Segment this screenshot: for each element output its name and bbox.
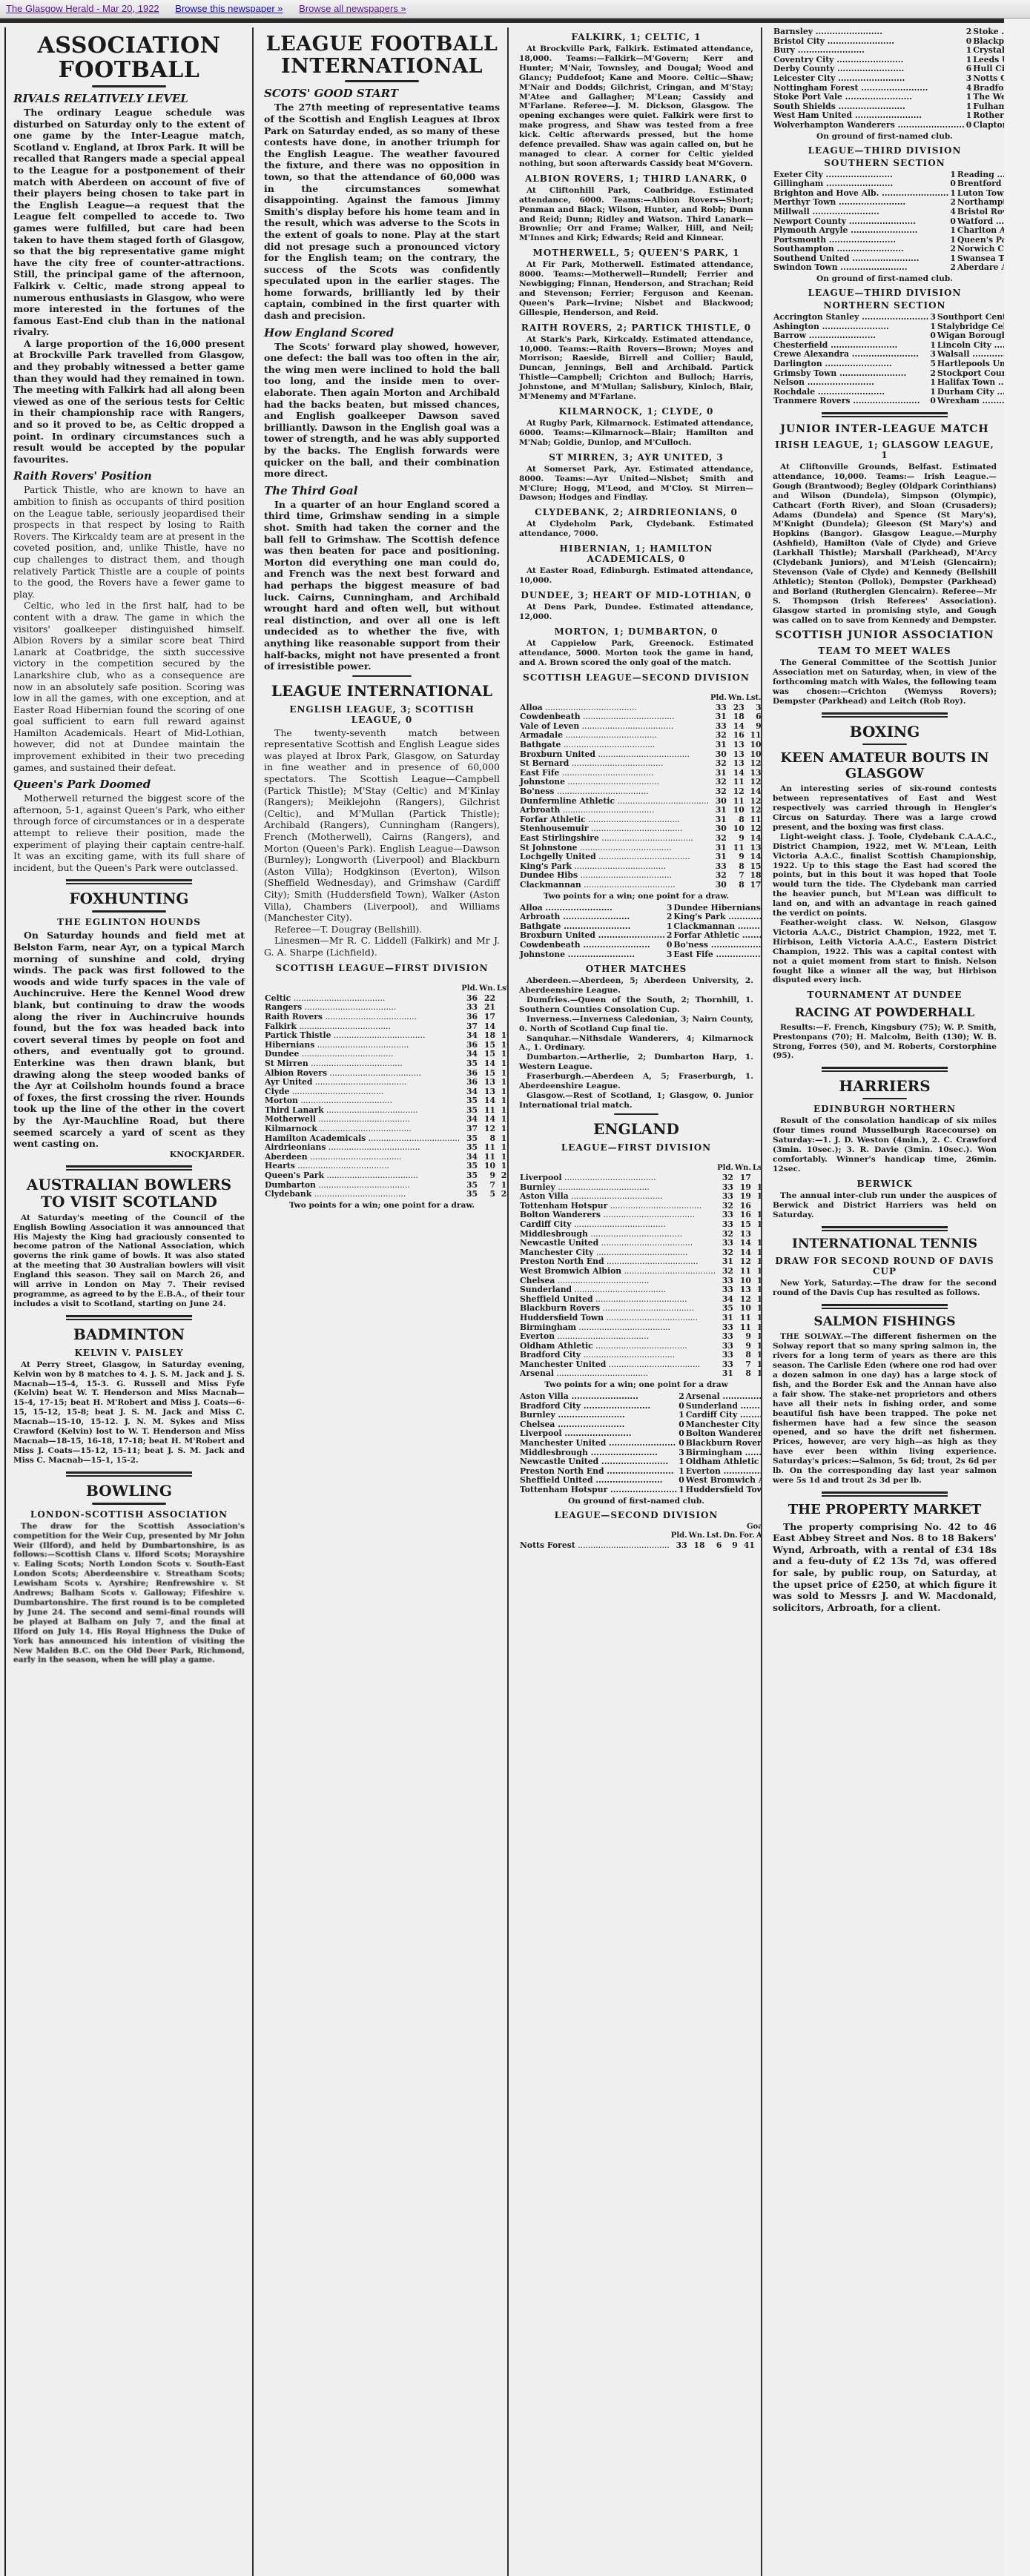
table-row: Partick Thistle3418106503842	[264, 1031, 509, 1041]
match-report: At Rugby Park, Kilmarnock. Estimated att…	[519, 419, 753, 448]
result-row: Millwall ........................4Bristo…	[773, 208, 1004, 217]
table-row: Raith Rovers3617712633746	[264, 1013, 509, 1022]
subheading-third-goal: The Third Goal	[264, 484, 500, 497]
subheading-junior-score: IRISH LEAGUE, 1; GLASGOW LEAGUE, 1	[773, 440, 997, 460]
short-rule	[352, 675, 412, 677]
table-row: Lochgelly United319148384626	[519, 852, 762, 862]
subheading-queens-park: Queen's Park Doomed	[13, 778, 245, 791]
result-row: Wolverhampton Wanderers ................…	[773, 121, 1004, 130]
table-footnote: Two points for a win; one point for a dr…	[519, 892, 753, 901]
heading-keen-amateur-bouts: KEEN AMATEUR BOUTS IN GLASGOW	[773, 751, 997, 781]
match-title: ALBION ROVERS, 1; THIRD LANARK, 0	[519, 173, 753, 184]
match-title: DUNDEE, 3; HEART OF MID-LOTHIAN, 0	[519, 590, 753, 600]
result-row: Alloa ........................3Dundee Hi…	[519, 904, 762, 913]
result-row: Grimsby Town ........................2St…	[773, 369, 1004, 379]
other-match-line: Dumbarton.—Artherlie, 2; Dumbarton Harp,…	[519, 1053, 753, 1072]
result-row: Middlesbrough ........................3B…	[519, 1448, 762, 1458]
result-row: Preston North End ......................…	[519, 1467, 762, 1477]
heading-league-international: LEAGUE INTERNATIONAL	[264, 683, 500, 700]
heading-racing-powderhall: RACING AT POWDERHALL	[773, 1006, 997, 1019]
result-row: Tottenham Hotspur ......................…	[519, 1486, 762, 1495]
table-row: Clackmannan308175295121	[519, 881, 762, 890]
result-row: West Ham United ........................…	[773, 111, 1004, 121]
column-association-football: ASSOCIATION FOOTBALL RIVALS RELATIVELY L…	[4, 27, 254, 2576]
article-paragraph: In a quarter of an hour England scored a…	[264, 499, 500, 672]
table-row: Liverpool3217312482246	[519, 1173, 762, 1183]
article-paragraph: Feather-weight class. W. Nelson, Glasgow…	[773, 918, 997, 985]
table-row: Notts Forest331869412345	[519, 1541, 762, 1551]
double-rule	[66, 1471, 192, 1477]
other-match-line: Inverness.—Inverness Caledonian, 3; Nair…	[519, 1015, 753, 1034]
results-english-first-division: Aston Villa ........................2Ars…	[519, 1392, 762, 1495]
ground-note: On ground of first-named club.	[519, 1497, 753, 1506]
column-header: Lst.	[745, 694, 762, 703]
result-row: Tranmere Rovers ........................…	[773, 397, 1004, 406]
article-paragraph: On Saturday hounds and field met at Bels…	[13, 930, 245, 1149]
double-rule	[66, 1315, 192, 1320]
result-row: Liverpool ........................0Bolto…	[519, 1429, 762, 1439]
article-paragraph: Partick Thistle, who are known to have a…	[13, 484, 245, 600]
match-report: At Cliftonhill Park, Coatbridge. Estimat…	[519, 186, 753, 243]
heading-foxhunting: FOXHUNTING	[13, 890, 245, 907]
article-paragraph: Result of the consolation handicap of si…	[773, 1116, 997, 1173]
match-title: MORTON, 1; DUMBARTON, 0	[519, 626, 753, 637]
result-row: Exeter City ........................1Rea…	[773, 170, 1004, 180]
heading-harriers: HARRIERS	[773, 1078, 997, 1095]
subheading-team-wales: TEAM TO MEET WALES	[773, 646, 997, 656]
table-row: Morton3514156505634	[264, 1096, 509, 1106]
result-row: Southampton ........................2Nor…	[773, 245, 1004, 254]
result-row: Chesterfield ........................1Li…	[773, 341, 1004, 351]
other-match-line: Glasgow.—Rest of Scotland, 1; Glasgow, 0…	[519, 1091, 753, 1110]
table-row: Airdrieonians3511168424930	[264, 1143, 509, 1153]
heading-international-tennis: INTERNATIONAL TENNIS	[773, 1237, 997, 1252]
table-row: Everton3391410444428	[519, 1332, 762, 1342]
result-row: Chelsea ........................0Manches…	[519, 1420, 762, 1430]
results-scottish-second-division: Alloa ........................3Dundee Hi…	[519, 904, 762, 960]
column-header: Agst.	[756, 1532, 762, 1541]
table-title-english-second-division: LEAGUE—Second Division	[519, 1510, 753, 1520]
double-rule	[822, 1304, 948, 1309]
article-paragraph: Light-weight class. J. Toole, Clydebank …	[773, 832, 997, 918]
result-row: Crewe Alexandra ........................…	[773, 350, 1004, 360]
subheading-london-scottish: LONDON-SCOTTISH ASSOCIATION	[13, 1509, 245, 1520]
match-title: CLYDEBANK, 2; AIRDRIEONIANS, 0	[519, 507, 753, 517]
article-paragraph: The twenty-seventh match between represe…	[264, 727, 500, 924]
subheading-kelvin-paisley: KELVIN v. PAISLEY	[13, 1348, 245, 1358]
short-rule	[862, 1098, 907, 1099]
ornament-rule	[92, 85, 166, 87]
result-row: Southend United ........................…	[773, 254, 1004, 264]
article-paragraph: Results:—F. French, Kingsbury (75); W. P…	[773, 1023, 997, 1062]
match-report: At Easter Road, Edinburgh. Estimated att…	[519, 566, 753, 586]
result-row: Nottingham Forest ......................…	[773, 84, 1004, 93]
subheading-davis-cup: DRAW FOR SECOND ROUND OF DAVIS CUP	[773, 1256, 997, 1277]
result-row: Burnley ........................1Cardiff…	[519, 1411, 762, 1420]
table-row: St Bernard3213127403633	[519, 759, 762, 769]
double-rule	[822, 712, 948, 718]
southern-section-title: SOUTHERN SECTION	[773, 158, 997, 168]
column-header: Lst.	[752, 1164, 762, 1173]
column-header: Dn.	[722, 1532, 738, 1541]
short-rule	[614, 1113, 658, 1115]
ornament-rule	[92, 910, 166, 913]
heading-boxing: BOXING	[773, 724, 997, 741]
column-header: Lst.	[496, 984, 509, 994]
table-row: Bo'ness3212146464530	[519, 787, 762, 797]
heading-junior-inter-league: JUNIOR INTER-LEAGUE MATCH	[773, 423, 997, 435]
league-table-english-first-division: GoalsPld.Wn.Lst.Dn.For.Agst.Pts.Liverpoo…	[519, 1155, 762, 1379]
result-row: South Shields ........................1F…	[773, 102, 1004, 112]
table-row: Newcastle United3314118453736	[519, 1239, 762, 1248]
table-row: Bradford City338169376125	[519, 1351, 762, 1360]
table-row: Sunderland3313155475131	[519, 1285, 762, 1295]
page-margin	[1004, 19, 1030, 2576]
heading-australian-bowlers: AUSTRALIAN BOWLERS TO VISIT SCOTLAND	[13, 1176, 245, 1211]
column-header: For.	[739, 1532, 756, 1541]
subheading-score: ENGLISH LEAGUE, 3; SCOTTISH LEAGUE, 0	[264, 704, 500, 725]
league-table-scottish-first-division: GoalsPld.Wn.Lst.Dn.For.Agst.Pts.Celtic36…	[264, 976, 509, 1199]
column-header: Wn.	[478, 984, 496, 994]
result-row: Plymouth Argyle ........................…	[773, 226, 1004, 236]
table-title-third-division-north: LEAGUE—Third Division	[773, 288, 997, 298]
match-report: At Clydeholm Park, Clydebank. Estimated …	[519, 520, 753, 539]
column-header: Pld.	[460, 984, 478, 994]
result-row: Bathgate ........................1Clackm…	[519, 922, 762, 932]
table-title-scottish-first-division: SCOTTISH LEAGUE—FIRST DIVISION	[264, 963, 500, 973]
results-third-division-southern: Exeter City ........................1Rea…	[773, 170, 1004, 274]
column-header: Pld.	[670, 1532, 688, 1541]
heading-tournament-dundee: TOURNAMENT AT DUNDEE	[773, 990, 997, 1000]
article-paragraph: Celtic, who led in the first half, had t…	[13, 600, 245, 773]
subheading-rivals-level: RIVALS RELATIVELY LEVEL	[13, 92, 245, 105]
result-row: Bristol City ........................0Bl…	[773, 37, 1004, 47]
result-row: Newcastle United .......................…	[519, 1457, 762, 1467]
table-footnote: Two points for a win; one point for a dr…	[264, 1201, 500, 1210]
other-match-line: Dumfries.—Queen of the South, 2; Thornhi…	[519, 996, 753, 1015]
table-row: Arsenal318185284521	[519, 1369, 762, 1379]
article-paragraph: At Perry Street, Glasgow, in Saturday ev…	[13, 1360, 245, 1466]
column-league-international: LEAGUE FOOTBALL INTERNATIONAL SCOTS' GOO…	[257, 27, 509, 2576]
table-row: Cowdenbeath311867522143	[519, 712, 762, 722]
match-title: FALKIRK, 1; CELTIC, 1	[519, 32, 753, 42]
signoff: KNOCKJARDER.	[13, 1150, 245, 1159]
match-title: KILMARNOCK, 1; CLYDE, 0	[519, 406, 753, 417]
article-paragraph: Motherwell returned the biggest score of…	[13, 792, 245, 873]
short-rule	[862, 744, 907, 745]
browse-all-newspapers-link[interactable]: Browse all newspapers »	[299, 3, 406, 14]
league-table-scottish-second-division: GoalsPld.Wn.Lst.Dn.For.Agst.Pts.Alloa332…	[519, 685, 762, 890]
double-rule	[822, 412, 948, 417]
other-matches-list: Aberdeen.—Aberdeen, 5; Aberdeen Universi…	[519, 976, 753, 1110]
article-paragraph: THE SOLWAY.—The different fishermen on t…	[773, 1332, 997, 1486]
table-row: Arbroath3110129353529	[519, 806, 762, 815]
result-row: Barnsley ........................2Stoke …	[773, 27, 1004, 37]
other-match-line: Sanquhar.—Nithsdale Wanderers, 4; Kilmar…	[519, 1034, 753, 1053]
other-matches-title: OTHER MATCHES	[519, 964, 753, 974]
column-header: Wn.	[727, 694, 745, 703]
table-row: Cardiff City3315117474037	[519, 1220, 762, 1230]
result-row: Johnstone ........................3East …	[519, 950, 762, 960]
table-row: Bathgate3113108463734	[519, 741, 762, 750]
table-title-scottish-second-division: SCOTTISH LEAGUE—SECOND DIVISION	[519, 672, 753, 683]
column-match-reports: FALKIRK, 1; CELTIC, 1 At Brockville Park…	[512, 27, 762, 2576]
subheading-scots-good-start: SCOTS' GOOD START	[264, 87, 500, 100]
results-third-division-northern: Accrington Stanley .....................…	[773, 313, 1004, 406]
result-row: Swindon Town ........................2Ab…	[773, 263, 1004, 273]
table-row: East Stirlingshire329149345227	[519, 834, 762, 844]
table-title-english-first-division: LEAGUE—FIRST DIVISION	[519, 1142, 753, 1153]
subheading-berwick: BERWICK	[773, 1179, 997, 1189]
subheading-edinburgh-northern: EDINBURGH NORTHERN	[773, 1104, 997, 1114]
article-paragraph: The annual inter-club run under the ausp…	[773, 1191, 997, 1220]
result-row: Coventry City ........................1L…	[773, 56, 1004, 65]
heading-association-football: ASSOCIATION FOOTBALL	[13, 33, 245, 82]
table-row: St Mirren35141110625338	[264, 1059, 509, 1069]
article-paragraph: The property comprising No. 42 to 46 Eas…	[773, 1521, 997, 1614]
table-row: Huddersfield Town3111137363629	[519, 1314, 762, 1323]
league-table-english-second-division: GoalsPld.Wn.Lst.Dn.For.Agst.Pts.Notts Fo…	[519, 1523, 762, 1551]
result-row: Bury ........................1Crystal Pa…	[773, 46, 1004, 56]
article-paragraph: The 27th meeting of representative teams…	[264, 102, 500, 321]
newspaper-page-scan: ASSOCIATION FOOTBALL RIVALS RELATIVELY L…	[0, 19, 1030, 2576]
table-row: West Bromwich Albion3211129364431	[519, 1267, 762, 1277]
ornament-rule	[92, 1503, 166, 1505]
table-footnote: Two points for a win; one point for a dr…	[519, 1380, 753, 1389]
ground-note: On ground of first-named club.	[773, 132, 997, 141]
result-row: Brighton and Hove Alb. .................…	[773, 189, 1004, 199]
double-rule	[822, 1226, 948, 1231]
heading-scottish-junior-association: SCOTTISH JUNIOR ASSOCIATION	[773, 629, 997, 641]
result-row: Accrington Stanley .....................…	[773, 313, 1004, 322]
heading-bowling: BOWLING	[13, 1483, 245, 1500]
article-paragraph: At Cliftonville Grounds, Belfast. Estima…	[773, 463, 997, 625]
article-paragraph: New York, Saturday.—The draw for the sec…	[773, 1279, 997, 1298]
result-row: Sheffield United .......................…	[519, 1476, 762, 1486]
article-paragraph: An interesting series of six-round conte…	[773, 784, 997, 832]
column-other-sports: Barnsley ........................2Stoke …	[765, 27, 1004, 2576]
result-row: Gillingham ........................0Bren…	[773, 179, 1004, 189]
ground-note: On ground of first-named club.	[773, 274, 997, 283]
heading-badminton: BADMINTON	[13, 1326, 245, 1343]
match-report: At Somerset Park, Ayr. Estimated attenda…	[519, 465, 753, 503]
result-row: Stoke Port Vale ........................…	[773, 93, 1004, 102]
column-header: Lst.	[706, 1532, 723, 1541]
result-row: Rochdale ........................1Durham…	[773, 388, 1004, 397]
heading-property-market: THE PROPERTY MARKET	[773, 1503, 997, 1518]
result-row: Leicester City ........................3…	[773, 74, 1004, 84]
table-row: Ayr United3613149505335	[264, 1078, 509, 1087]
result-row: Darlington ........................5Hart…	[773, 360, 1004, 369]
subheading-raith-rovers: Raith Rovers' Position	[13, 469, 245, 483]
double-rule	[66, 1165, 192, 1171]
article-paragraph: The ordinary League schedule was disturb…	[13, 107, 245, 338]
result-row: Nelson ........................1Halifax …	[773, 378, 1004, 388]
result-row: Aston Villa ........................2Ars…	[519, 1392, 762, 1402]
match-title: RAITH ROVERS, 2; PARTICK THISTLE, 0	[519, 322, 753, 333]
result-row: Broxburn United ........................…	[519, 931, 762, 941]
double-rule	[66, 879, 192, 884]
table-row: Queen's Park359206337124	[264, 1171, 509, 1181]
referee-line: Referee—T. Dougray (Bellshill).	[264, 924, 500, 936]
heading-england: ENGLAND	[519, 1121, 753, 1138]
article-paragraph: A large proportion of the 16,000 present…	[13, 338, 245, 466]
result-row: Portsmouth ........................1Quee…	[773, 236, 1004, 245]
double-rule	[822, 1067, 948, 1072]
subheading-eglinton-hounds: THE EGLINTON HOUNDS	[13, 917, 245, 927]
table-row: Kilmarnock3712187527731	[264, 1125, 509, 1134]
other-match-line: Aberdeen.—Aberdeen, 5; Aberdeen Universi…	[519, 976, 753, 996]
heading-salmon-fishings: SALMON FISHINGS	[773, 1315, 997, 1330]
match-report: At Dens Park, Dundee. Estimated attendan…	[519, 603, 753, 622]
browse-this-newspaper-link[interactable]: Browse this newspaper »	[175, 3, 283, 14]
subheading-how-england-scored: How England Scored	[264, 326, 500, 340]
ornament-rule	[345, 80, 419, 82]
result-row: Manchester United ......................…	[519, 1439, 762, 1448]
result-row: Derby County ........................6Hu…	[773, 64, 1004, 74]
results-english-second-division: Barnsley ........................2Stoke …	[773, 27, 1004, 130]
match-title: MOTHERWELL, 5; QUEEN'S PARK, 1	[519, 248, 753, 258]
column-header: Pld.	[710, 694, 727, 703]
linesmen-line: Linesmen—Mr R. C. Liddell (Falkirk) and …	[264, 935, 500, 958]
newspaper-title-link[interactable]: The Glasgow Herald - Mar 20, 1922	[6, 3, 159, 14]
match-report: At Cappielow Park, Greenock. Estimated a…	[519, 639, 753, 668]
match-title: ST MIRREN, 3; AYR UNITED, 3	[519, 452, 753, 463]
heading-league-football-international: LEAGUE FOOTBALL INTERNATIONAL	[264, 33, 500, 77]
table-title-third-division: LEAGUE—Third Division	[773, 145, 997, 156]
article-paragraph: The General Committee of the Scottish Ju…	[773, 658, 997, 706]
northern-section-title: NORTHERN SECTION	[773, 300, 997, 311]
result-row: Ashington ........................1Staly…	[773, 322, 1004, 332]
result-row: Merthyr Town ........................2No…	[773, 198, 1004, 208]
match-title: HIBERNIAN, 1; HAMILTON ACADEMICALS, 0	[519, 543, 753, 564]
result-row: Newport County ........................0…	[773, 217, 1004, 227]
article-paragraph: The draw for the Scottish Association's …	[13, 1522, 245, 1666]
match-report: At Fir Park, Motherwell. Estimated atten…	[519, 260, 753, 317]
result-row: Bradford City ........................0S…	[519, 1402, 762, 1411]
result-row: Barrow ........................0Wigan Bo…	[773, 331, 1004, 341]
result-row: Arbroath ........................2King's…	[519, 913, 762, 922]
match-report: At Stark's Park, Kirkcaldy. Estimated at…	[519, 335, 753, 402]
match-report: At Brockville Park, Falkirk. Estimated a…	[519, 44, 753, 169]
double-rule	[822, 1491, 948, 1497]
article-paragraph: The Scots' forward play showed, however,…	[264, 341, 500, 480]
browser-navigation-bar: The Glasgow Herald - Mar 20, 1922 Browse…	[0, 0, 1030, 19]
other-match-line: Fraserburgh.—Aberdeen A, 5; Fraserburgh,…	[519, 1072, 753, 1091]
result-row: Cowdenbeath ........................0Bo'…	[519, 941, 762, 950]
column-header: Wn.	[688, 1532, 706, 1541]
table-row: Aston Villa3319113664141	[519, 1192, 762, 1202]
article-paragraph: At Saturday's meeting of the Council of …	[13, 1213, 245, 1309]
table-row: Clydebank355246308616	[264, 1190, 509, 1199]
